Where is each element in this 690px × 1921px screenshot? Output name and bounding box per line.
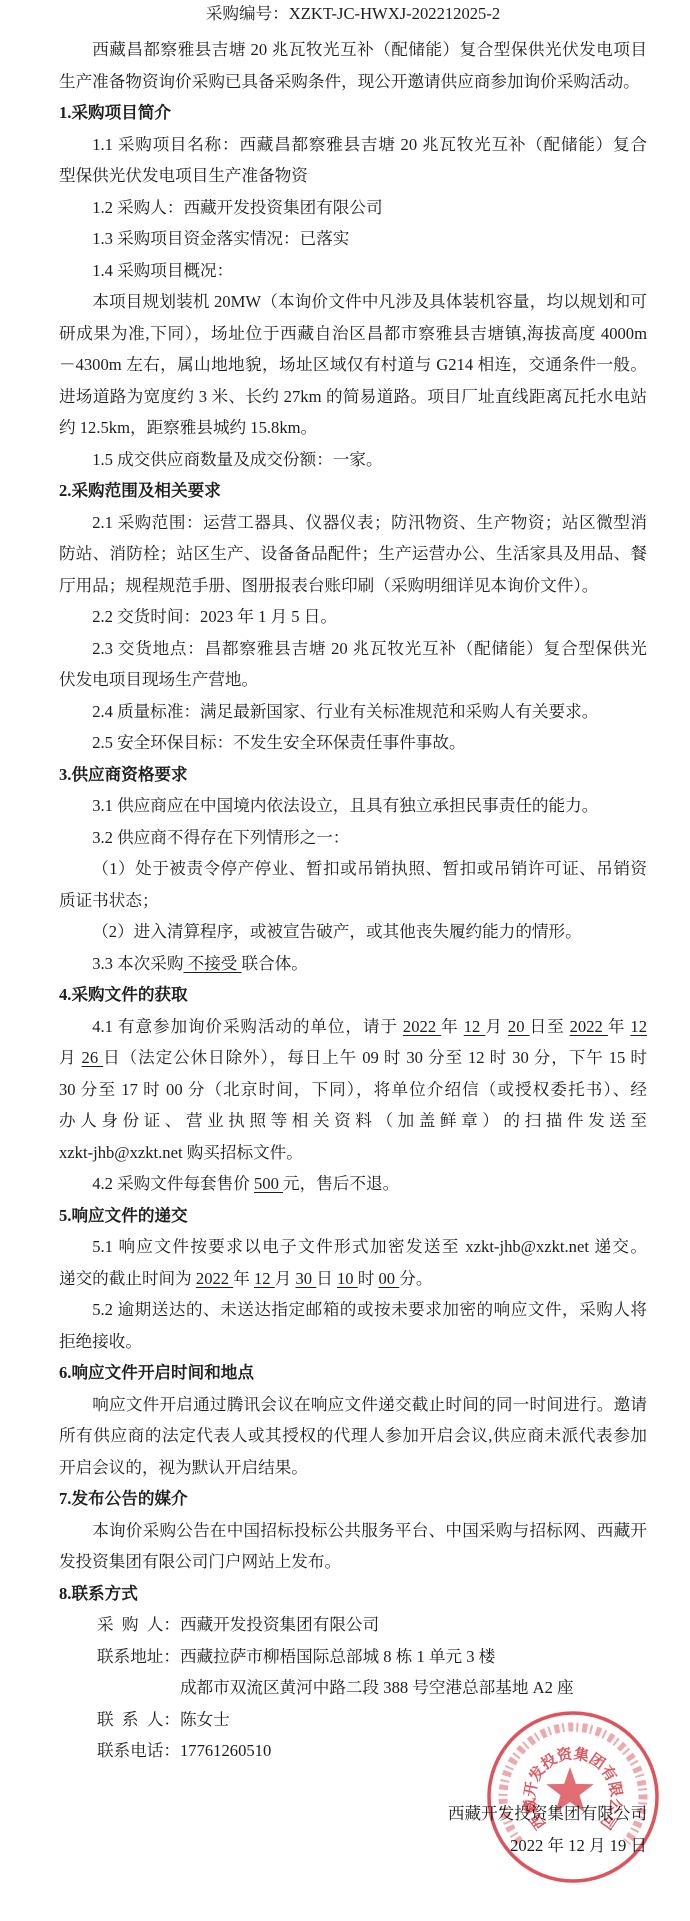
text-segment: 元，售后不退。 (283, 1174, 399, 1193)
paragraph-3-3: 3.3 本次采购 不接受 联合体。 (59, 948, 647, 980)
paragraph-1-5: 1.5 成交供应商数量及成交份额：一家。 (59, 444, 647, 476)
text-line: 约 12.5km，距察雅县城约 15.8km。 (59, 412, 647, 444)
text-segment: 4.1 有意参加询价采购活动的单位，请于 (92, 1017, 403, 1036)
paragraph-1-1: 1.1 采购项目名称：西藏昌都察雅县吉塘 20 兆瓦牧光互补（配储能）复合 型保… (59, 129, 647, 192)
paragraph-1-3: 1.3 采购项目资金落实情况：已落实 (59, 223, 647, 255)
section-scope-requirements: 2.采购范围及相关要求 2.1 采购范围：运营工器具、仪器仪表；防汛物资、生产物… (59, 475, 647, 759)
paragraph-2-5: 2.5 安全环保目标：不发生安全环保责任事件事故。 (59, 727, 647, 759)
text-segment: 联合体。 (242, 954, 308, 973)
section-heading: 8.联系方式 (59, 1578, 647, 1610)
contact-address-2: 成都市双流区黄河中路二段 388 号空港总部基地 A2 座 (59, 1672, 647, 1704)
text-segment: 月 (59, 1048, 82, 1067)
section-heading: 6.响应文件开启时间和地点 (59, 1357, 647, 1389)
contact-colon: ： (163, 1704, 180, 1736)
underlined-value: 不接受 (183, 954, 241, 973)
paragraph-1-4: 1.4 采购项目概况： (59, 255, 647, 287)
paragraph-4-2: 4.2 采购文件每套售价 500 元，售后不退。 (59, 1168, 647, 1200)
section-project-overview: 1.采购项目简介 1.1 采购项目名称：西藏昌都察雅县吉塘 20 兆瓦牧光互补（… (59, 97, 647, 475)
contact-label: 采 购 人 (97, 1609, 163, 1641)
paragraph-2-3: 2.3 交货地点：昌都察雅县吉塘 20 兆瓦牧光互补（配储能）复合型保供光 伏发… (59, 633, 647, 696)
text-segment: 分。 (399, 1269, 432, 1288)
text-line: 月 26 日（法定公休日除外），每日上午 09 时 30 分至 12 时 30 … (59, 1042, 647, 1074)
contact-address: 联系地址：西藏拉萨市柳梧国际总部城 8 栋 1 单元 3 楼 (59, 1641, 647, 1673)
section-supplier-qualifications: 3.供应商资格要求 3.1 供应商应在中国境内依法设立，且具有独立承担民事责任的… (59, 759, 647, 980)
contact-value: 西藏拉萨市柳梧国际总部城 8 栋 1 单元 3 楼 (180, 1647, 495, 1666)
paragraph-3-2-item-1: （1）处于被责令停产停业、暂扣或吊销执照、暂扣或吊销许可证、吊销资 质证书状态； (59, 853, 647, 916)
underlined-value: 20 (508, 1017, 530, 1036)
text-segment: 4.2 采购文件每套售价 (92, 1174, 254, 1193)
section-heading: 2.采购范围及相关要求 (59, 475, 647, 507)
section-heading: 7.发布公告的媒介 (59, 1483, 647, 1515)
paragraph-7: 本询价采购公告在中国招标投标公共服务平台、中国采购与招标网、西藏开 发投资集团有… (59, 1515, 647, 1578)
star-icon (546, 1767, 594, 1812)
contact-colon: ： (163, 1641, 180, 1673)
text-segment: 月 (485, 1017, 508, 1036)
paragraph-3-2-item-2: （2）进入清算程序，或被宣告破产，或其他丧失履约能力的情形。 (59, 916, 647, 948)
paragraph-project-description: 本项目规划装机 20MW（本询价文件中凡涉及具体装机容量，均以规划和可 研成果为… (59, 286, 647, 444)
text-line: 西藏昌都察雅县吉塘 20 兆瓦牧光互补（配储能）复合型保供光伏发电项目 (59, 34, 647, 66)
text-line: 2.3 交货地点：昌都察雅县吉塘 20 兆瓦牧光互补（配储能）复合型保供光 (59, 633, 647, 665)
underlined-value: 2022 (196, 1269, 233, 1288)
text-segment: 年 (608, 1017, 631, 1036)
paragraph-3-1: 3.1 供应商应在中国境内依法设立，且具有独立承担民事责任的能力。 (59, 790, 647, 822)
paragraph-5-2: 5.2 逾期送达的、未送达指定邮箱的或按未要求加密的响应文件，采购人将 拒绝接收… (59, 1294, 647, 1357)
underlined-value: 00 (379, 1269, 400, 1288)
procurement-number-value: XZKT-JC-HWXJ-202212025-2 (289, 4, 500, 23)
contact-value: 陈女士 (180, 1710, 230, 1729)
text-line: 防站、消防栓；站区生产、设备备品配件；生产运营办公、生活家具及用品、餐 (59, 538, 647, 570)
paragraph-2-2: 2.2 交货时间：2023 年 1 月 5 日。 (59, 601, 647, 633)
text-line: 1.1 采购项目名称：西藏昌都察雅县吉塘 20 兆瓦牧光互补（配储能）复合 (59, 129, 647, 161)
text-line: －4300m 左右，属山地地貌，场址区域仅有村道与 G214 相连，交通条件一般… (59, 349, 647, 381)
text-line: 所有供应商的法定代表人或其授权的代理人参加开启会议,供应商未派代表参加 (59, 1420, 647, 1452)
contact-value: 17761260510 (180, 1741, 271, 1760)
underlined-value: 26 (82, 1048, 104, 1067)
procurement-notice-document: 采购编号：XZKT-JC-HWXJ-202212025-2 西藏昌都察雅县吉塘 … (0, 0, 690, 1921)
company-seal: 西藏开发投资集团有限公司 (483, 1707, 663, 1887)
contact-value: 成都市双流区黄河中路二段 388 号空港总部基地 A2 座 (180, 1678, 574, 1697)
procurement-number: 采购编号：XZKT-JC-HWXJ-202212025-2 (59, 0, 647, 28)
section-heading: 1.采购项目简介 (59, 97, 647, 129)
text-line: 本询价采购公告在中国招标投标公共服务平台、中国采购与招标网、西藏开 (59, 1515, 647, 1547)
text-segment: 日至 (530, 1017, 570, 1036)
underlined-value: 30 (296, 1269, 317, 1288)
text-line: 响应文件开启通过腾讯会议在响应文件递交截止时间的同一时间进行。邀请 (59, 1389, 647, 1421)
text-segment: 3.3 本次采购 (92, 954, 183, 973)
text-segment: 月 (275, 1269, 296, 1288)
text-line: 4.1 有意参加询价采购活动的单位，请于 2022 年 12 月 20 日至 2… (59, 1011, 647, 1043)
section-document-acquisition: 4.采购文件的获取 4.1 有意参加询价采购活动的单位，请于 2022 年 12… (59, 979, 647, 1200)
paragraph-3-2: 3.2 供应商不得存在下列情形之一： (59, 822, 647, 854)
text-line: 研成果为准,下同），场址位于西藏自治区昌都市察雅县吉塘镇,海拔高度 4000m (59, 318, 647, 350)
underlined-value: 12 (464, 1017, 486, 1036)
text-line: 伏发电项目现场生产营地。 (59, 664, 647, 696)
text-line: xzkt-jhb@xzkt.net 购买招标文件。 (59, 1137, 647, 1169)
paragraph-6: 响应文件开启通过腾讯会议在响应文件递交截止时间的同一时间进行。邀请 所有供应商的… (59, 1389, 647, 1484)
document-body: 西藏昌都察雅县吉塘 20 兆瓦牧光互补（配储能）复合型保供光伏发电项目 生产准备… (59, 34, 647, 1861)
contact-value: 西藏开发投资集团有限公司 (180, 1615, 379, 1634)
paragraph-1-2: 1.2 采购人：西藏开发投资集团有限公司 (59, 192, 647, 224)
underlined-value: 10 (337, 1269, 358, 1288)
contact-label: 联 系 人 (97, 1704, 163, 1736)
contact-colon: ： (163, 1609, 180, 1641)
underlined-value: 12 (254, 1269, 275, 1288)
text-line: 5.2 逾期送达的、未送达指定邮箱的或按未要求加密的响应文件，采购人将 (59, 1294, 647, 1326)
underlined-value: 500 (254, 1174, 283, 1193)
section-opening-time-place: 6.响应文件开启时间和地点 响应文件开启通过腾讯会议在响应文件递交截止时间的同一… (59, 1357, 647, 1483)
text-line: 办人身份证、营业执照等相关资料（加盖鲜章）的扫描件发送至 (59, 1105, 647, 1137)
text-line: 2.1 采购范围：运营工器具、仪器仪表；防汛物资、生产物资；站区微型消 (59, 507, 647, 539)
text-line: 生产准备物资询价采购已具备采购条件，现公开邀请供应商参加询价采购活动。 (59, 66, 647, 98)
text-segment: 年 (441, 1017, 464, 1036)
section-heading: 3.供应商资格要求 (59, 759, 647, 791)
section-heading: 4.采购文件的获取 (59, 979, 647, 1011)
text-line: 5.1 响应文件按要求以电子文件形式加密发送至 xzkt-jhb@xzkt.ne… (59, 1231, 647, 1263)
underlined-value: 2022 (570, 1017, 608, 1036)
text-line: （1）处于被责令停产停业、暂扣或吊销执照、暂扣或吊销许可证、吊销资 (59, 853, 647, 885)
procurement-number-label: 采购编号： (206, 4, 289, 23)
paragraph-2-1: 2.1 采购范围：运营工器具、仪器仪表；防汛物资、生产物资；站区微型消 防站、消… (59, 507, 647, 602)
text-segment: 年 (233, 1269, 254, 1288)
text-line: 进场道路为宽度约 3 米、长约 27km 的简易道路。项目厂址直线距离瓦托水电站 (59, 381, 647, 413)
underlined-value: 2022 (403, 1017, 441, 1036)
contact-colon: ： (163, 1735, 180, 1767)
underlined-value: 12 (630, 1017, 647, 1036)
text-line: 递交的截止时间为 2022 年 12 月 30 日 10 时 00 分。 (59, 1263, 647, 1295)
section-heading: 5.响应文件的递交 (59, 1200, 647, 1232)
text-segment: 时 (358, 1269, 379, 1288)
section-response-submission: 5.响应文件的递交 5.1 响应文件按要求以电子文件形式加密发送至 xzkt-j… (59, 1200, 647, 1358)
contact-label: 联系地址 (97, 1641, 163, 1673)
text-segment: 日 (316, 1269, 337, 1288)
text-line: 30 分至 17 时 00 分（北京时间，下同），将单位介绍信（或授权委托书）、… (59, 1074, 647, 1106)
section-publication-media: 7.发布公告的媒介 本询价采购公告在中国招标投标公共服务平台、中国采购与招标网、… (59, 1483, 647, 1578)
paragraph-5-1: 5.1 响应文件按要求以电子文件形式加密发送至 xzkt-jhb@xzkt.ne… (59, 1231, 647, 1294)
contact-purchaser: 采 购 人：西藏开发投资集团有限公司 (59, 1609, 647, 1641)
text-line: 开启会议的，视为默认开启结果。 (59, 1452, 647, 1484)
text-line: 拒绝接收。 (59, 1326, 647, 1358)
text-segment: 递交的截止时间为 (59, 1269, 196, 1288)
text-line: 发投资集团有限公司门户网站上发布。 (59, 1546, 647, 1578)
text-line: 型保供光伏发电项目生产准备物资 (59, 160, 647, 192)
contact-label: 联系电话 (97, 1735, 163, 1767)
text-line: 本项目规划装机 20MW（本询价文件中凡涉及具体装机容量，均以规划和可 (59, 286, 647, 318)
text-line: 厅用品；规程规范手册、图册报表台账印刷（采购明细详见本询价文件）。 (59, 570, 647, 602)
paragraph-2-4: 2.4 质量标准：满足最新国家、行业有关标准规范和采购人有关要求。 (59, 696, 647, 728)
text-line: 质证书状态； (59, 885, 647, 917)
paragraph-4-1: 4.1 有意参加询价采购活动的单位，请于 2022 年 12 月 20 日至 2… (59, 1011, 647, 1169)
intro-paragraph: 西藏昌都察雅县吉塘 20 兆瓦牧光互补（配储能）复合型保供光伏发电项目 生产准备… (59, 34, 647, 97)
text-segment: 日（法定公休日除外），每日上午 09 时 30 分至 12 时 30 分，下午 … (103, 1048, 647, 1067)
